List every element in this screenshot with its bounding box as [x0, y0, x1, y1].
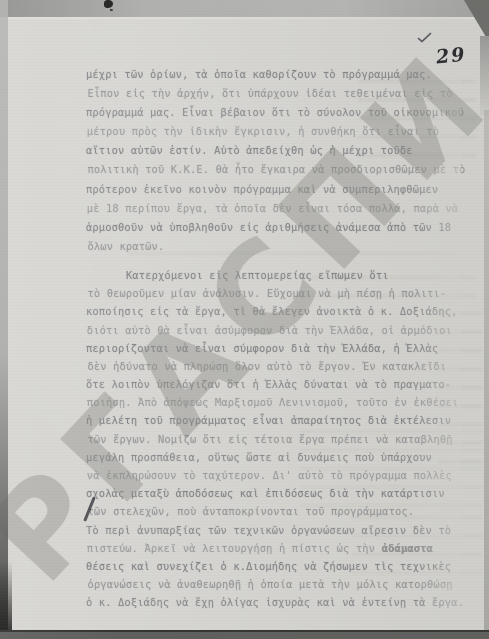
overstruck-word: ἀδάμαστα	[381, 543, 432, 555]
text-line: τῶν στελεχῶν, ποὺ ἀνταποκρίνονται τοῦ πρ…	[88, 503, 460, 521]
text-line: τὸ θεωροῦμεν μίαν ἀνάλυσιν. Εὔχομαι νὰ μ…	[88, 285, 460, 303]
scan-edge-top	[0, 0, 489, 17]
text-line: ποιήσῃ. Ἀπὸ ἀπόψεως Μαρξισμοῦ Λενινισμοῦ…	[87, 394, 459, 412]
text-line: ὅτε λοιπὸν ὑπελόγιζαν ὅτι ἡ Ἑλλὰς δύνατα…	[86, 376, 458, 394]
page-top-edge	[0, 17, 489, 20]
text-line: τῶν ἔργων. Νομίζω ὅτι εἰς τέτοια ἔργα πρ…	[88, 431, 460, 449]
scan-edge-left	[0, 0, 8, 639]
text-line: Εἶπον εἰς τὴν ἀρχήν, ὅτι ὑπάρχουν ἰδέαι …	[88, 85, 460, 104]
text-line: μὲ 18 περίπου ἔργα, τὰ ὁποῖα δὲν εἶναι τ…	[87, 200, 459, 219]
text-line: ὅλων κρατῶν.	[88, 238, 460, 257]
text-line: σχολὰς μεταξὺ ἀποδόσεως καὶ ἐπιδόσεως δι…	[86, 485, 458, 503]
under-sheet-edge	[480, 36, 489, 116]
paragraph: Κατερχόμενοι εἰς λεπτομερείας εἴπωμεν ὅτ…	[86, 267, 458, 613]
text-line: μεγάλη προσπάθεια, οὕτως ὥστε αἱ δυνάμει…	[86, 449, 458, 467]
paragraph: μέχρι τῶν ὁρίων, τὰ ὁποῖα καθορίζουν τὸ …	[86, 66, 458, 257]
text-line: πρόγραμμά μας. Εἶναι βέβαιον ὅτι τὸ σύνο…	[86, 104, 458, 123]
text-line: διότι αὐτὸ θὰ εἶναι ἀσύμφορον διὰ τὴν Ἑλ…	[87, 322, 459, 340]
text-line: θέσεις καὶ συνεχίζει ὁ κ.Διομήδης νὰ ζήσ…	[86, 558, 458, 576]
text-line: μέχρι τῶν ὁρίων, τὰ ὁποῖα καθορίζουν τὸ …	[86, 66, 458, 85]
text-line: αἴτιον αὐτῶν ἐστίν. Αὐτὸ ἀπεδείχθη ὡς ἡ …	[86, 142, 458, 161]
text-line: Τὸ περὶ ἀνυπαρξίας τῶν τεχνικῶν ὀργανώσε…	[86, 522, 458, 540]
pen-checkmark-icon	[417, 28, 432, 47]
scan-corner-bottom-left	[0, 561, 12, 639]
document-scan: μέχρι τῶν ὁρίων, τὰ ὁποῖα καθορίζουν τὸ …	[0, 0, 489, 639]
scan-edge-right	[484, 110, 489, 632]
text-segment: πιστεύω. Ἀρκεῖ νὰ λειτουργήσῃ ἡ πίστις ὡ…	[87, 543, 382, 555]
text-line: μέτρου πρὸς τὴν ἰδικὴν ἔγκρισιν, ἡ συνθή…	[87, 123, 459, 142]
text-line: ἁρμοσθοῦν νὰ ὑποβληθοῦν εἰς ἀριθμήσεις ἀ…	[86, 219, 458, 238]
text-line: πρότερον ἐκεῖνο κοινὸν πρόγραμμα καὶ νὰ …	[86, 181, 458, 200]
handwritten-page-number: 29	[435, 43, 468, 68]
text-line: ἡ μελέτη τοῦ προγράμματος εἶναι ἀπαραίτη…	[86, 412, 458, 430]
typewritten-text-block: μέχρι τῶν ὁρίων, τὰ ὁποῖα καθορίζουν τὸ …	[86, 66, 458, 613]
scan-edge-bottom	[0, 630, 489, 639]
text-line: πολιτικὴ τοῦ Κ.Κ.Ε. θὰ ἦτο ἔγκαιρα νὰ πρ…	[88, 161, 460, 180]
text-line: ὀργανώσεις νὰ ἀναθεωρηθῇ ἡ ὁποία μετὰ τὴ…	[88, 576, 460, 594]
text-line: δὲν ἠδύνατο νὰ πληρώσῃ ὅλον αὐτὸ τὸ ἔργο…	[88, 358, 460, 376]
text-line: κοποίησις εἰς τὰ ἔργα, τὶ θὰ ἔλεγεν ἀνοι…	[86, 303, 458, 321]
text-line: νὰ ἐκπληρώσουν τὸ ταχύτερον. Δι' αὐτὸ τὸ…	[87, 467, 459, 485]
text-line: περιορίζονται νὰ εἶναι σύμφορον διὰ τὴν …	[86, 340, 458, 358]
text-line: ὁ κ. Δοξιάδης νὰ ἔχῃ ὀλίγας ἰσχυρὰς καὶ …	[86, 594, 458, 612]
text-line: πιστεύω. Ἀρκεῖ νὰ λειτουργήσῃ ἡ πίστις ὡ…	[87, 540, 459, 558]
text-line: Κατερχόμενοι εἰς λεπτομερείας εἴπωμεν ὅτ…	[86, 267, 458, 285]
